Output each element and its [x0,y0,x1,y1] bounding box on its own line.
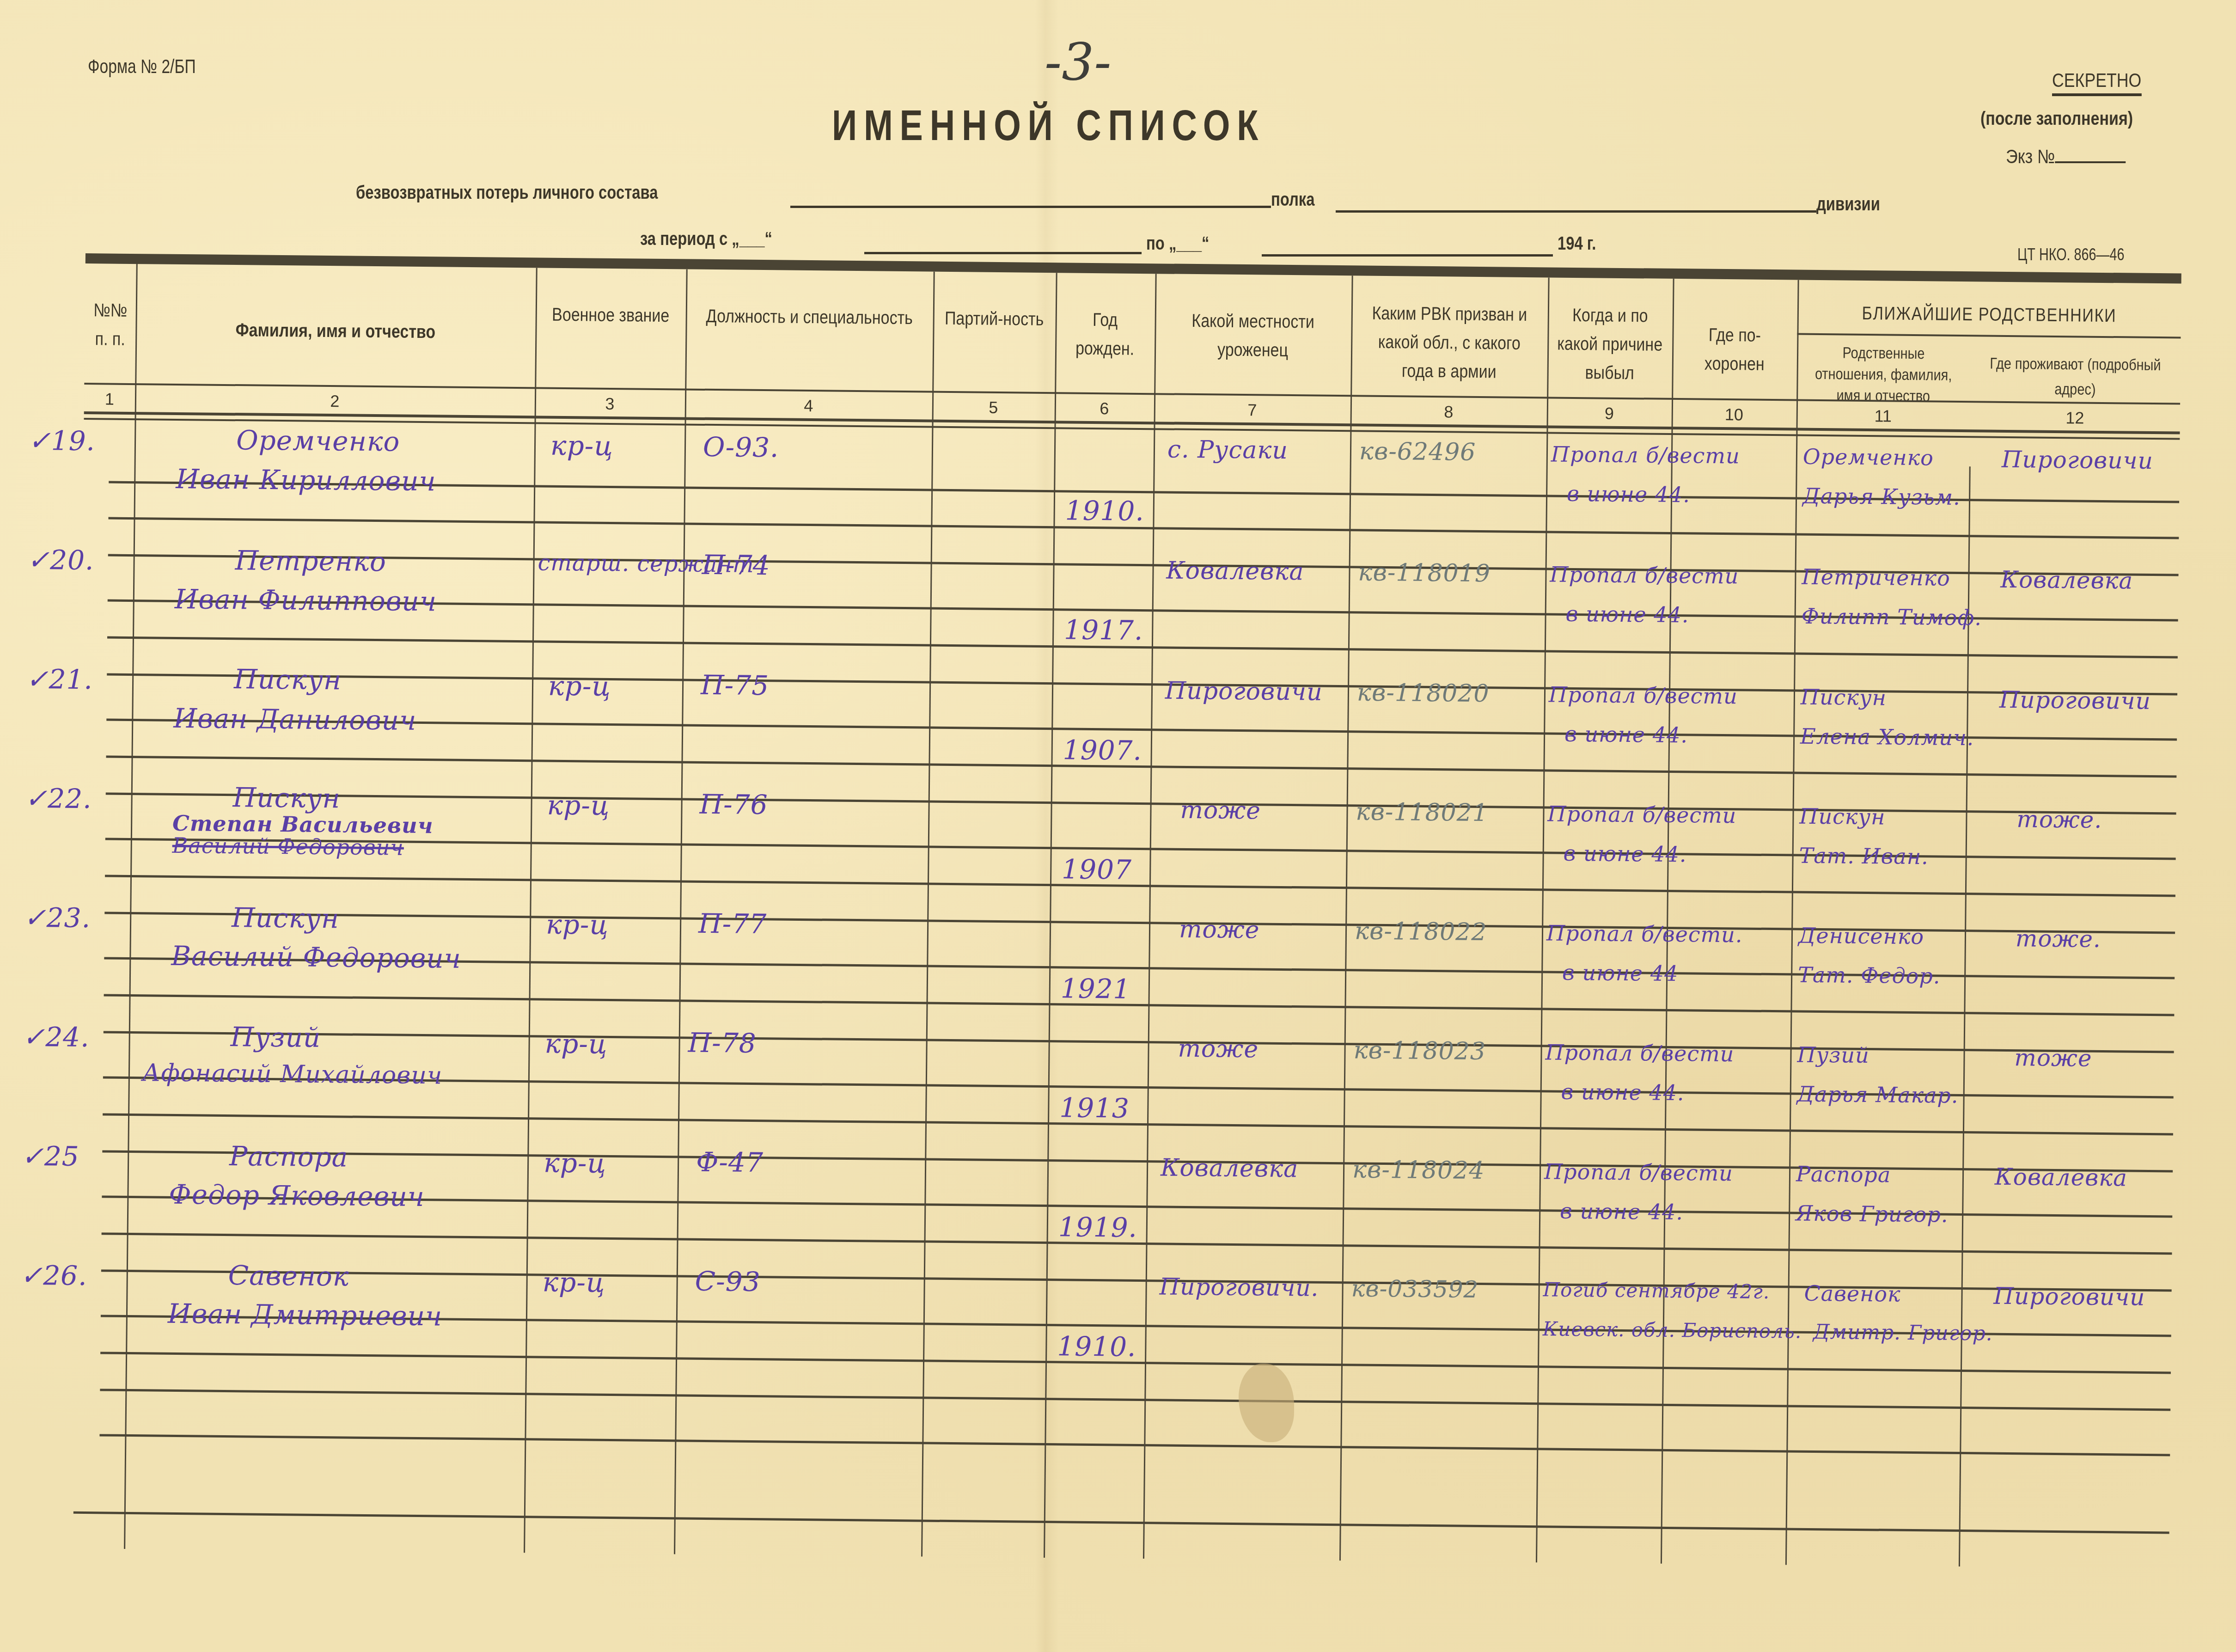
period-to-fill-line [1262,254,1553,257]
birth-year: 1910. [1057,1330,1136,1363]
row-number: ✓21. [26,663,93,695]
reason-line-2: в июне 44. [1567,481,1690,508]
col-num-3: 3 [535,393,685,414]
position: Ф-47 [696,1146,764,1178]
document-title: ИМЕННОЙ СПИСОК [832,102,1265,150]
relative-address: Ковалевка [1995,1163,2127,1192]
surname: Оремченко [236,424,400,457]
birthplace: Ковалевка [1161,1154,1299,1183]
losses-label: безвозвратных потерь личного состава [356,183,658,203]
relative-address: тоже [2014,1044,2092,1072]
row-number: ✓25 [21,1140,79,1172]
year-label: 194 г. [1558,233,1596,254]
first-patronymic: Федор Яковлевич [169,1179,425,1212]
table-row: ✓23. Пискун Василий Федорович кр-ц П-77 … [86,263,2181,284]
relative-name: Филипп Тимоф. [1801,604,1982,630]
rvk: кв-118023 [1353,1036,1486,1065]
relative-surname: Распора [1796,1162,1891,1187]
rank: кр-ц [544,1028,607,1060]
birth-year: 1910. [1065,495,1144,527]
col-header-8: Каким РВК призван и какой обл., с какого… [1365,299,1533,386]
column-divider [1143,274,1157,1559]
first-patronymic: Иван Дмитриевич [168,1298,443,1332]
birthplace: тоже [1178,1035,1259,1064]
col-header-9: Когда и по какой причине выбыл [1557,301,1663,388]
surname: Савенок [228,1260,349,1292]
relative-name: Елена Холмич. [1800,724,1974,751]
row-rule [105,875,2175,897]
first-patronymic: Афонасий Михайлович [142,1059,443,1089]
birthplace: Пироговичи [1165,677,1323,706]
reason-line-2: Киевск. обл. Борисполь. [1543,1317,1802,1342]
column-divider [1339,275,1353,1560]
row-rule [104,994,2175,1016]
row-number: ✓19. [28,425,95,457]
relative-surname: Савенок [1804,1281,1901,1307]
copy-number-label: Экз № [2006,146,2055,167]
reason-line-1: Пропал б/вести. [1546,920,1743,947]
reason-line-2: в июне 44. [1563,841,1686,867]
position: П-75 [701,669,770,701]
reason-line-2: в июне 44. [1565,601,1689,628]
first-patronymic-struck: Василий Федорович [172,833,404,860]
birth-year: 1917. [1064,614,1143,646]
rank: кр-ц [547,789,610,821]
row-rule [99,1434,2170,1456]
position: О-93. [703,431,779,464]
column-divider [1044,273,1057,1558]
col-header-2: Фамилия, имя и отчество [165,315,506,347]
relative-surname: Пискун [1799,804,1885,830]
position: С-93 [695,1266,760,1297]
surname: Распора [229,1140,348,1173]
row-number: ✓26. [20,1260,87,1291]
relative-surname: Оремченко [1803,444,1934,471]
reason-line-1: Пропал б/вести [1551,441,1740,468]
reason-line-1: Пропал б/вести [1544,1159,1733,1186]
col-num-10: 10 [1672,404,1796,425]
rank: кр-ц [544,1147,606,1179]
relative-address: Пироговичи [2002,446,2153,474]
rvk: кв-62496 [1359,437,1476,466]
birth-year: 1921 [1061,973,1131,1004]
col-header-5: Партий-ность [942,304,1046,334]
position: П-76 [699,789,768,820]
position: П-74 [702,549,770,581]
table-row: ✓24. Пузий Афонасий Михайлович кр-ц П-78… [86,263,2181,284]
classification-note: (после заполнения) [1980,109,2133,129]
birth-year: 1907. [1063,734,1142,766]
relative-address: Ковалевка [2000,566,2133,594]
surname: Пискун [234,663,342,696]
form-code: ЦТ НКО. 866—46 [2017,245,2124,264]
reason-line-1: Погиб сентябре 42г. [1543,1278,1770,1303]
table-row: ✓22. Пискун Степан Васильевич Василий Фе… [86,263,2181,284]
rvk: кв-118021 [1356,798,1488,827]
rvk: кв-118020 [1357,679,1490,708]
rvk: кв-118019 [1358,558,1491,587]
relative-address: тоже. [2016,806,2102,833]
row-rule [103,1113,2173,1135]
relative-surname: Пузий [1797,1042,1869,1068]
position: П-77 [698,908,767,940]
table-bottom-rule [73,1511,2169,1534]
copy-number-field: Экз № [2006,146,2126,168]
col-header-7: Какой местности уроженец [1169,306,1337,365]
losses-fill-line [790,206,1271,208]
table-row: ✓19. Оремченко Иван Кириллович кр-ц О-93… [86,263,2181,284]
first-patronymic: Иван Кириллович [176,463,436,497]
table-row: ✓26. Савенок Иван Дмитриевич кр-ц С-93 1… [86,263,2181,284]
rank: кр-ц [546,909,609,941]
rvk: кв-033592 [1351,1275,1478,1303]
row-number: ✓23. [24,902,91,934]
col-header-3: Военное звание [547,300,675,330]
column-divider [124,264,138,1549]
col-header-6: Год рожден. [1063,305,1148,363]
birthplace: тоже [1180,796,1261,825]
period-from-fill-line [864,252,1142,254]
birth-year: 1907 [1062,853,1132,885]
relative-name: Дмитр. Григор. [1813,1320,1993,1346]
division-label: дивизии [1816,194,1880,215]
column-divider [921,272,935,1557]
first-patronymic: Василий Федорович [171,940,461,974]
relative-name: Яков Григор. [1796,1201,1949,1227]
reason-line-1: Пропал б/вести [1545,1040,1734,1066]
relative-name: Тат. Иван. [1799,843,1929,869]
col-header-12: Где проживают (подробный адрес) [1986,351,2165,403]
surname: Петренко [235,545,386,577]
relative-name: Дарья Макар. [1796,1082,1958,1108]
table-row: ✓20. Петренко Иван Филиппович старш. сер… [86,263,2181,284]
losses-table: №№ п. п. Фамилия, имя и отчество Военное… [73,253,2181,1568]
column-divider [1959,466,1971,1566]
rvk: кв-118022 [1355,917,1487,946]
group-header-relatives: БЛИЖАЙШИЕ РОДСТВЕННИКИ [1826,299,2152,330]
surname: Пискун [232,782,341,814]
col-header-11: Родственные отношения, фамилия, имя и от… [1809,343,1957,408]
birthplace: Ковалевка [1166,557,1304,586]
copy-number-blank [2055,161,2126,163]
relative-surname: Денисенко [1798,923,1924,949]
col-num-4: 4 [685,395,932,416]
first-patronymic: Иван Данилович [173,703,417,736]
row-number: ✓24. [22,1021,89,1053]
relative-name: Тат. Федор. [1798,962,1941,989]
regiment-fill-line [1336,210,1816,213]
rvk: кв-118024 [1352,1156,1485,1185]
relative-address: Пироговичи [1993,1283,2145,1311]
relative-address: Пироговичи [1999,686,2151,715]
col-num-8: 8 [1350,401,1547,422]
surname: Пузий [230,1021,321,1053]
reason-line-2: в июне 44. [1564,722,1688,748]
birthplace: тоже [1179,916,1260,944]
reason-line-2: в июне 44 [1562,960,1679,986]
row-rule [100,1389,2170,1411]
form-number: Форма № 2/БП [88,55,196,78]
table-row: ✓21. Пискун Иван Данилович кр-ц П-75 190… [86,263,2181,284]
relative-address: тоже. [2016,925,2101,953]
reason-line-1: Пропал б/вести [1549,682,1738,709]
relative-surname: Пискун [1801,685,1887,710]
reason-line-1: Пропал б/вести [1550,562,1739,588]
column-divider [1785,280,1799,1565]
relative-name: Дарья Кузьм. [1802,483,1961,510]
col-num-7: 7 [1154,399,1350,421]
birthplace: Пироговичи. [1159,1273,1319,1301]
col-num-1: 1 [84,389,135,409]
page-number: -3- [1045,32,1111,92]
col-num-12: 12 [1970,407,2180,428]
column-divider [1536,277,1550,1562]
position: П-78 [688,1027,757,1059]
rank: кр-ц [550,430,613,462]
surname: Пискун [232,902,340,934]
classification-stamp: СЕКРЕТНО [2052,69,2141,96]
reason-line-2: в июне 44. [1560,1199,1683,1225]
rank: кр-ц [542,1267,605,1298]
reason-line-2: в июне 44. [1561,1079,1684,1106]
col-header-4: Должность и специальность [704,302,915,332]
period-from-label: за период с „___“ [640,229,772,250]
col-num-5: 5 [932,398,1055,418]
birth-year: 1919. [1058,1211,1138,1243]
row-number: ✓22. [24,783,92,814]
col-num-6: 6 [1055,398,1154,419]
col-num-11: 11 [1796,406,1970,427]
col-num-2: 2 [135,390,535,413]
column-divider [524,268,538,1553]
birthplace: с. Русаки [1167,435,1289,465]
col-num-9: 9 [1547,403,1672,424]
group-header-divider [1797,333,2181,339]
birth-year: 1913 [1059,1092,1130,1124]
column-divider [674,269,688,1554]
col-header-1: №№ п. п. [88,296,132,354]
col-header-10: Где по-хоронен [1681,320,1788,379]
table-row: ✓25 Распора Федор Яковлевич кр-ц Ф-47 19… [86,263,2181,284]
row-number: ✓20. [27,544,94,576]
reason-line-1: Пропал б/вести [1547,801,1736,828]
first-patronymic: Иван Филиппович [175,583,437,617]
relative-surname: Петриченко [1802,564,1950,591]
period-to-label: по „___“ [1146,233,1209,254]
rank: кр-ц [548,670,611,702]
regiment-label: полка [1271,190,1315,210]
